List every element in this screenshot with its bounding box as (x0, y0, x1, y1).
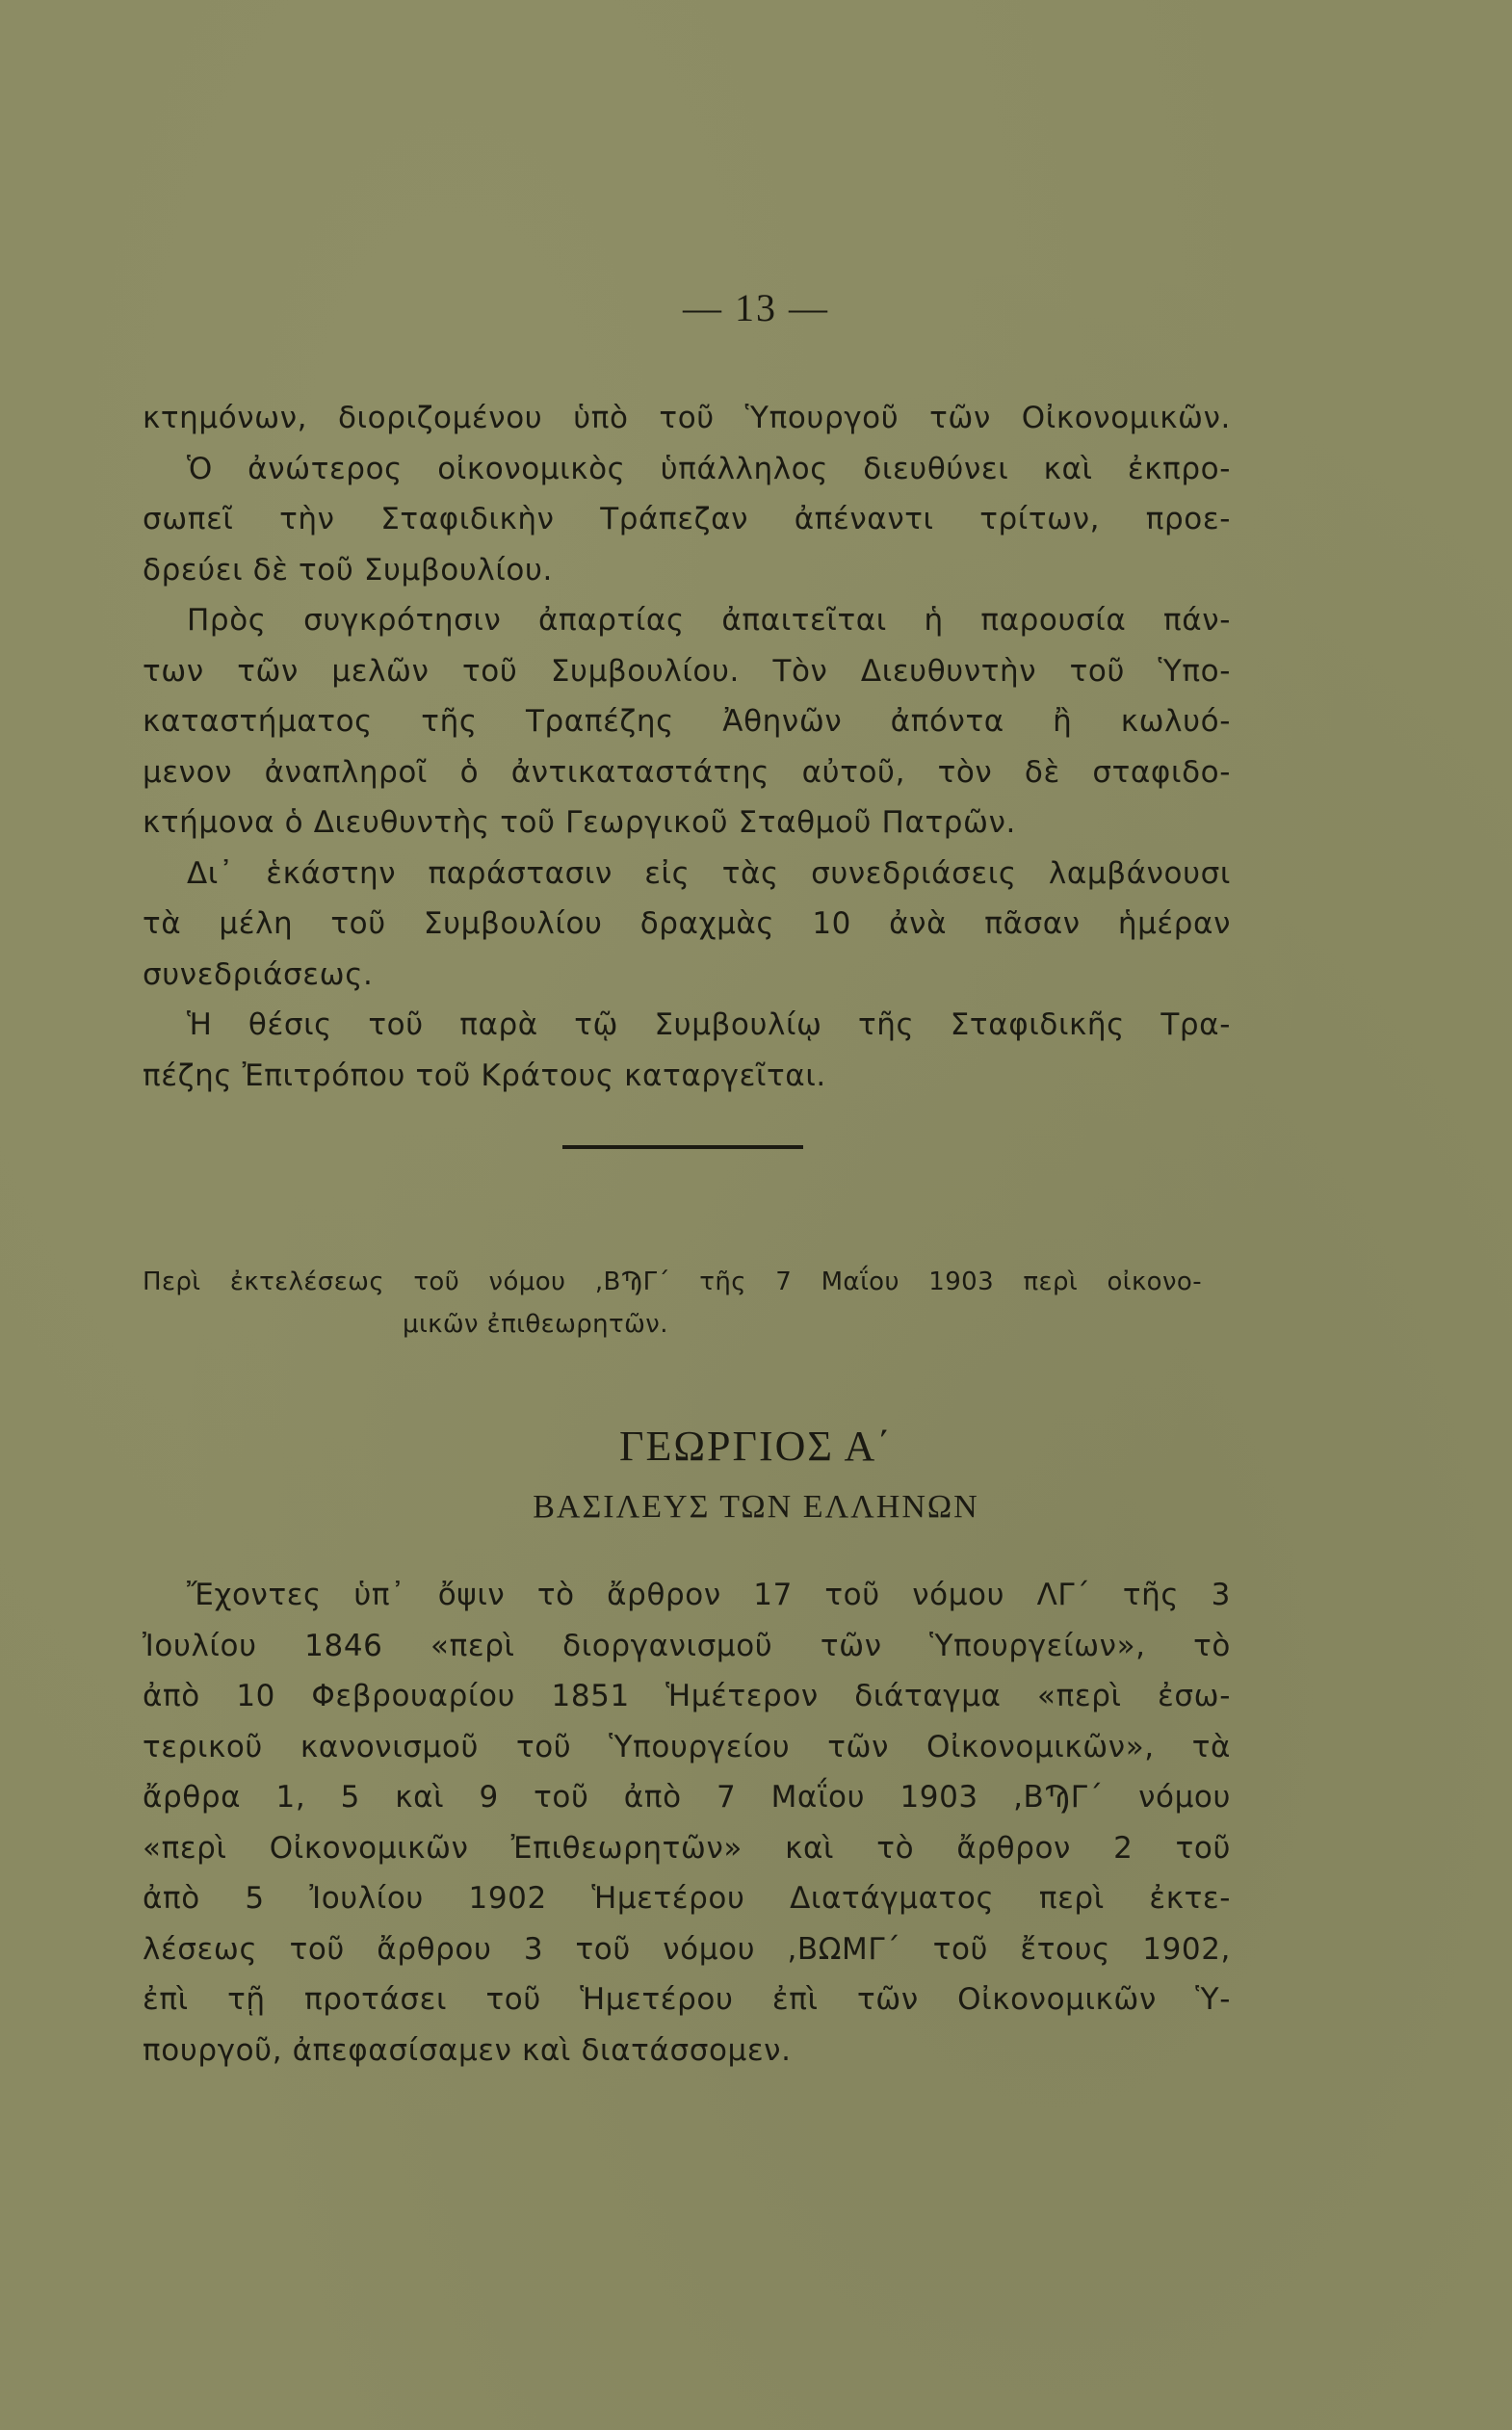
text-line: ἐπὶ τῇ προτάσει τοῦ Ἡμετέρου ἐπὶ τῶν Οἰκ… (143, 1974, 1231, 2025)
text-line: ἄρθρα 1, 5 καὶ 9 τοῦ ἀπὸ 7 Μαΐου 1903 ,Β… (143, 1772, 1231, 1823)
text-line: πέζης Ἐπιτρόπου τοῦ Κράτους καταργεῖται. (143, 1051, 1231, 1102)
page-number: — 13 — (0, 285, 1512, 330)
text-line: των τῶν μελῶν τοῦ Συμβουλίου. Τὸν Διευθυ… (143, 646, 1231, 697)
text-line: Ἔχοντες ὑπ᾽ ὄψιν τὸ ἄρθρον 17 τοῦ νόμου … (143, 1570, 1231, 1621)
text-line: λέσεως τοῦ ἄρθρου 3 τοῦ νόμου ,ΒΩΜΓ΄ τοῦ… (143, 1924, 1231, 1975)
text-line: πουργοῦ, ἀπεφασίσαμεν καὶ διατάσσομεν. (143, 2025, 1231, 2077)
decree-heading-line: Περὶ ἐκτελέσεως τοῦ νόμου ,ΒϠΓ΄ τῆς 7 Μα… (143, 1261, 1202, 1303)
text-line: τὰ μέλη τοῦ Συμβουλίου δραχμὰς 10 ἀνὰ πᾶ… (143, 899, 1231, 950)
text-line: τερικοῦ κανονισμοῦ τοῦ Ὑπουργείου τῶν Οἰ… (143, 1722, 1231, 1773)
text-line: Πρὸς συγκρότησιν ἀπαρτίας ἀπαιτεῖται ἡ π… (143, 595, 1231, 646)
decree-heading-line: μικῶν ἐπιθεωρητῶν. (143, 1303, 1202, 1346)
king-title: ΒΑΣΙΛΕΥΣ ΤΩΝ ΕΛΛΗΝΩΝ (0, 1489, 1512, 1526)
text-line: κτήμονα ὁ Διευθυντὴς τοῦ Γεωργικοῦ Σταθμ… (143, 797, 1231, 849)
document-page: — 13 — κτημόνων, διοριζομένου ὑπὸ τοῦ Ὑπ… (0, 0, 1512, 2430)
text-line: Δι᾽ ἑκάστην παράστασιν εἰς τὰς συνεδριάσ… (143, 849, 1231, 900)
section-decree-preamble: Ἔχοντες ὑπ᾽ ὄψιν τὸ ἄρθρον 17 τοῦ νόμου … (143, 1570, 1231, 2076)
text-line: κτημόνων, διοριζομένου ὑπὸ τοῦ Ὑπουργοῦ … (143, 393, 1231, 444)
text-line: μενον ἀναπληροῖ ὁ ἀντικαταστάτης αὐτοῦ, … (143, 747, 1231, 798)
text-line: «περὶ Οἰκονομικῶν Ἐπιθεωρητῶν» καὶ τὸ ἄρ… (143, 1823, 1231, 1874)
decree-heading: Περὶ ἐκτελέσεως τοῦ νόμου ,ΒϠΓ΄ τῆς 7 Μα… (143, 1261, 1202, 1346)
section-council-provisions: κτημόνων, διοριζομένου ὑπὸ τοῦ Ὑπουργοῦ … (143, 393, 1231, 1101)
text-line: δρεύει δὲ τοῦ Συμβουλίου. (143, 545, 1231, 596)
king-name: ΓΕΩΡΓΙΟΣ Α΄ (0, 1422, 1512, 1471)
text-line: σωπεῖ τὴν Σταφιδικὴν Τράπεζαν ἀπέναντι τ… (143, 494, 1231, 545)
text-line: Ὁ ἀνώτερος οἰκονομικὸς ὑπάλληλος διευθύν… (143, 444, 1231, 495)
text-line: Ἰουλίου 1846 «περὶ διοργανισμοῦ τῶν Ὑπου… (143, 1621, 1231, 1672)
text-line: Ἡ θέσις τοῦ παρὰ τῷ Συμβουλίῳ τῆς Σταφιδ… (143, 1000, 1231, 1051)
section-divider (562, 1145, 803, 1149)
text-line: ἀπὸ 10 Φεβρουαρίου 1851 Ἡμέτερον διάταγμ… (143, 1671, 1231, 1722)
text-line: συνεδριάσεως. (143, 950, 1231, 1001)
text-line: καταστήματος τῆς Τραπέζης Ἀθηνῶν ἀπόντα … (143, 696, 1231, 747)
text-line: ἀπὸ 5 Ἰουλίου 1902 Ἡμετέρου Διατάγματος … (143, 1873, 1231, 1924)
